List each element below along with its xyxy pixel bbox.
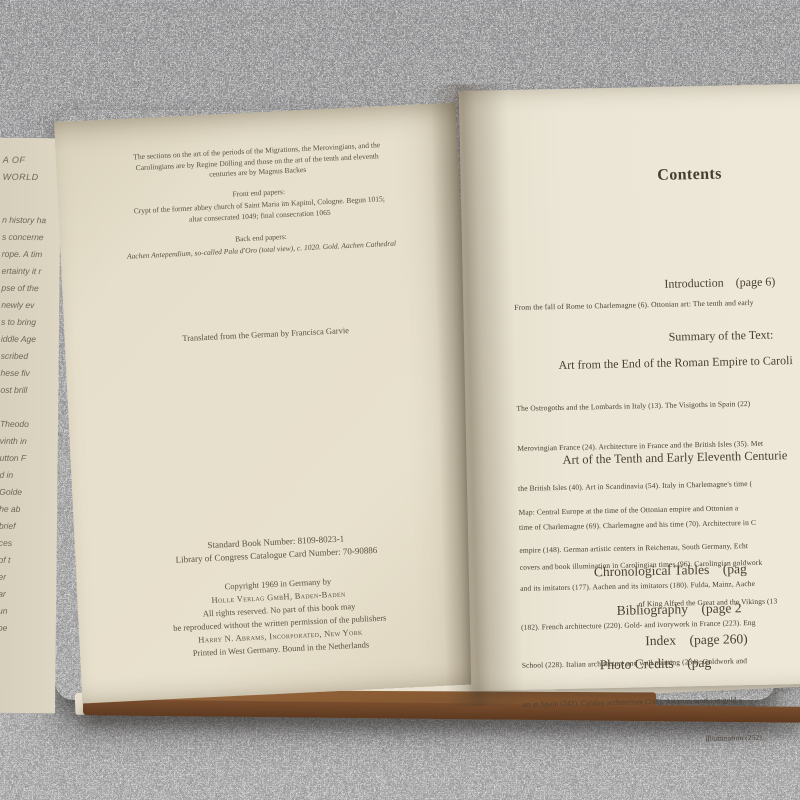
flap-text-line: utton F [0,450,58,468]
flap-text-line: n history ha [2,212,60,230]
summary-line: and its imitators (177). Aachen and its … [520,578,761,596]
flap-text-line: vinth in [0,433,58,451]
flap-text-line: Theodo [0,416,58,434]
copyright-block: Copyright 1969 in Germany by Holle Verla… [89,569,470,665]
summary-line: illumination (252). [523,732,764,750]
flap-text-line: d in [0,467,58,485]
photo-open-book-on-granite: A OF WORLD n history ha s concerne rope.… [0,0,800,800]
toc-entry-index: Index (page 260) [645,631,748,649]
flap-text-line: un [0,603,56,621]
jacket-flap: A OF WORLD n history ha s concerne rope.… [0,138,61,714]
flap-text-line: pse of the [1,280,59,298]
flap-text-line: s to bring [1,314,59,332]
flap-text-line: er [0,569,56,587]
toc-section2-summary: Map: Central Europe at the time of the O… [518,476,765,775]
toc-entry-chronological-tables: Chronological Tables (pag [594,561,747,580]
flap-text-line: scribed [1,348,59,366]
series-title-fragment: A OF WORLD [3,152,61,187]
toc-entry-bibliography: Bibliography (page 2 [617,600,742,619]
toc-summary-heading: Summary of the Text: [514,324,800,348]
attribution-block: The sections on the art of the periods o… [68,137,447,187]
summary-line: The Ostrogoths and the Lombards in Italy… [516,397,773,416]
summary-line: Map: Central Europe at the time of the O… [518,501,759,519]
flap-text-line: he ab [0,501,57,519]
flap-text-line: rope. A tim [2,246,60,264]
left-page-copyright: The sections on the art of the periods o… [54,103,484,704]
flap-text-line: hese fiv [0,365,58,383]
flap-text-line: iddle Age [1,331,59,349]
flap-text-line: ces [0,535,57,553]
flap-text-line: s concerne [2,229,60,247]
summary-line: art in Spain (243). Catalan architecture… [523,693,764,711]
contents-title: Contents [460,161,800,189]
toc-entry-photo-credits: Photo Credits (pag [600,655,712,673]
flap-text-line: ost brill [0,382,58,400]
flap-text-line: ar [0,586,56,604]
translator-credit: Translated from the German by Francisca … [77,319,455,350]
flap-text-line [0,399,58,417]
summary-line: empire (148). German artistic centers in… [519,540,760,558]
flap-text-line: ertainty it r [2,263,60,281]
toc-introduction-note: From the fall of Rome to Charlemagne (6)… [514,298,753,312]
flap-text-line: of t [0,552,57,570]
flap-text-line: newly ev [1,297,59,315]
flap-text-line: Golde [0,484,57,502]
right-page-contents: Contents Introduction (page 6) From the … [459,81,800,691]
flap-text-line: brief [0,518,57,536]
flap-text-line: be [0,620,56,638]
toc-introduction-entry: Introduction (page 6) [513,271,800,295]
